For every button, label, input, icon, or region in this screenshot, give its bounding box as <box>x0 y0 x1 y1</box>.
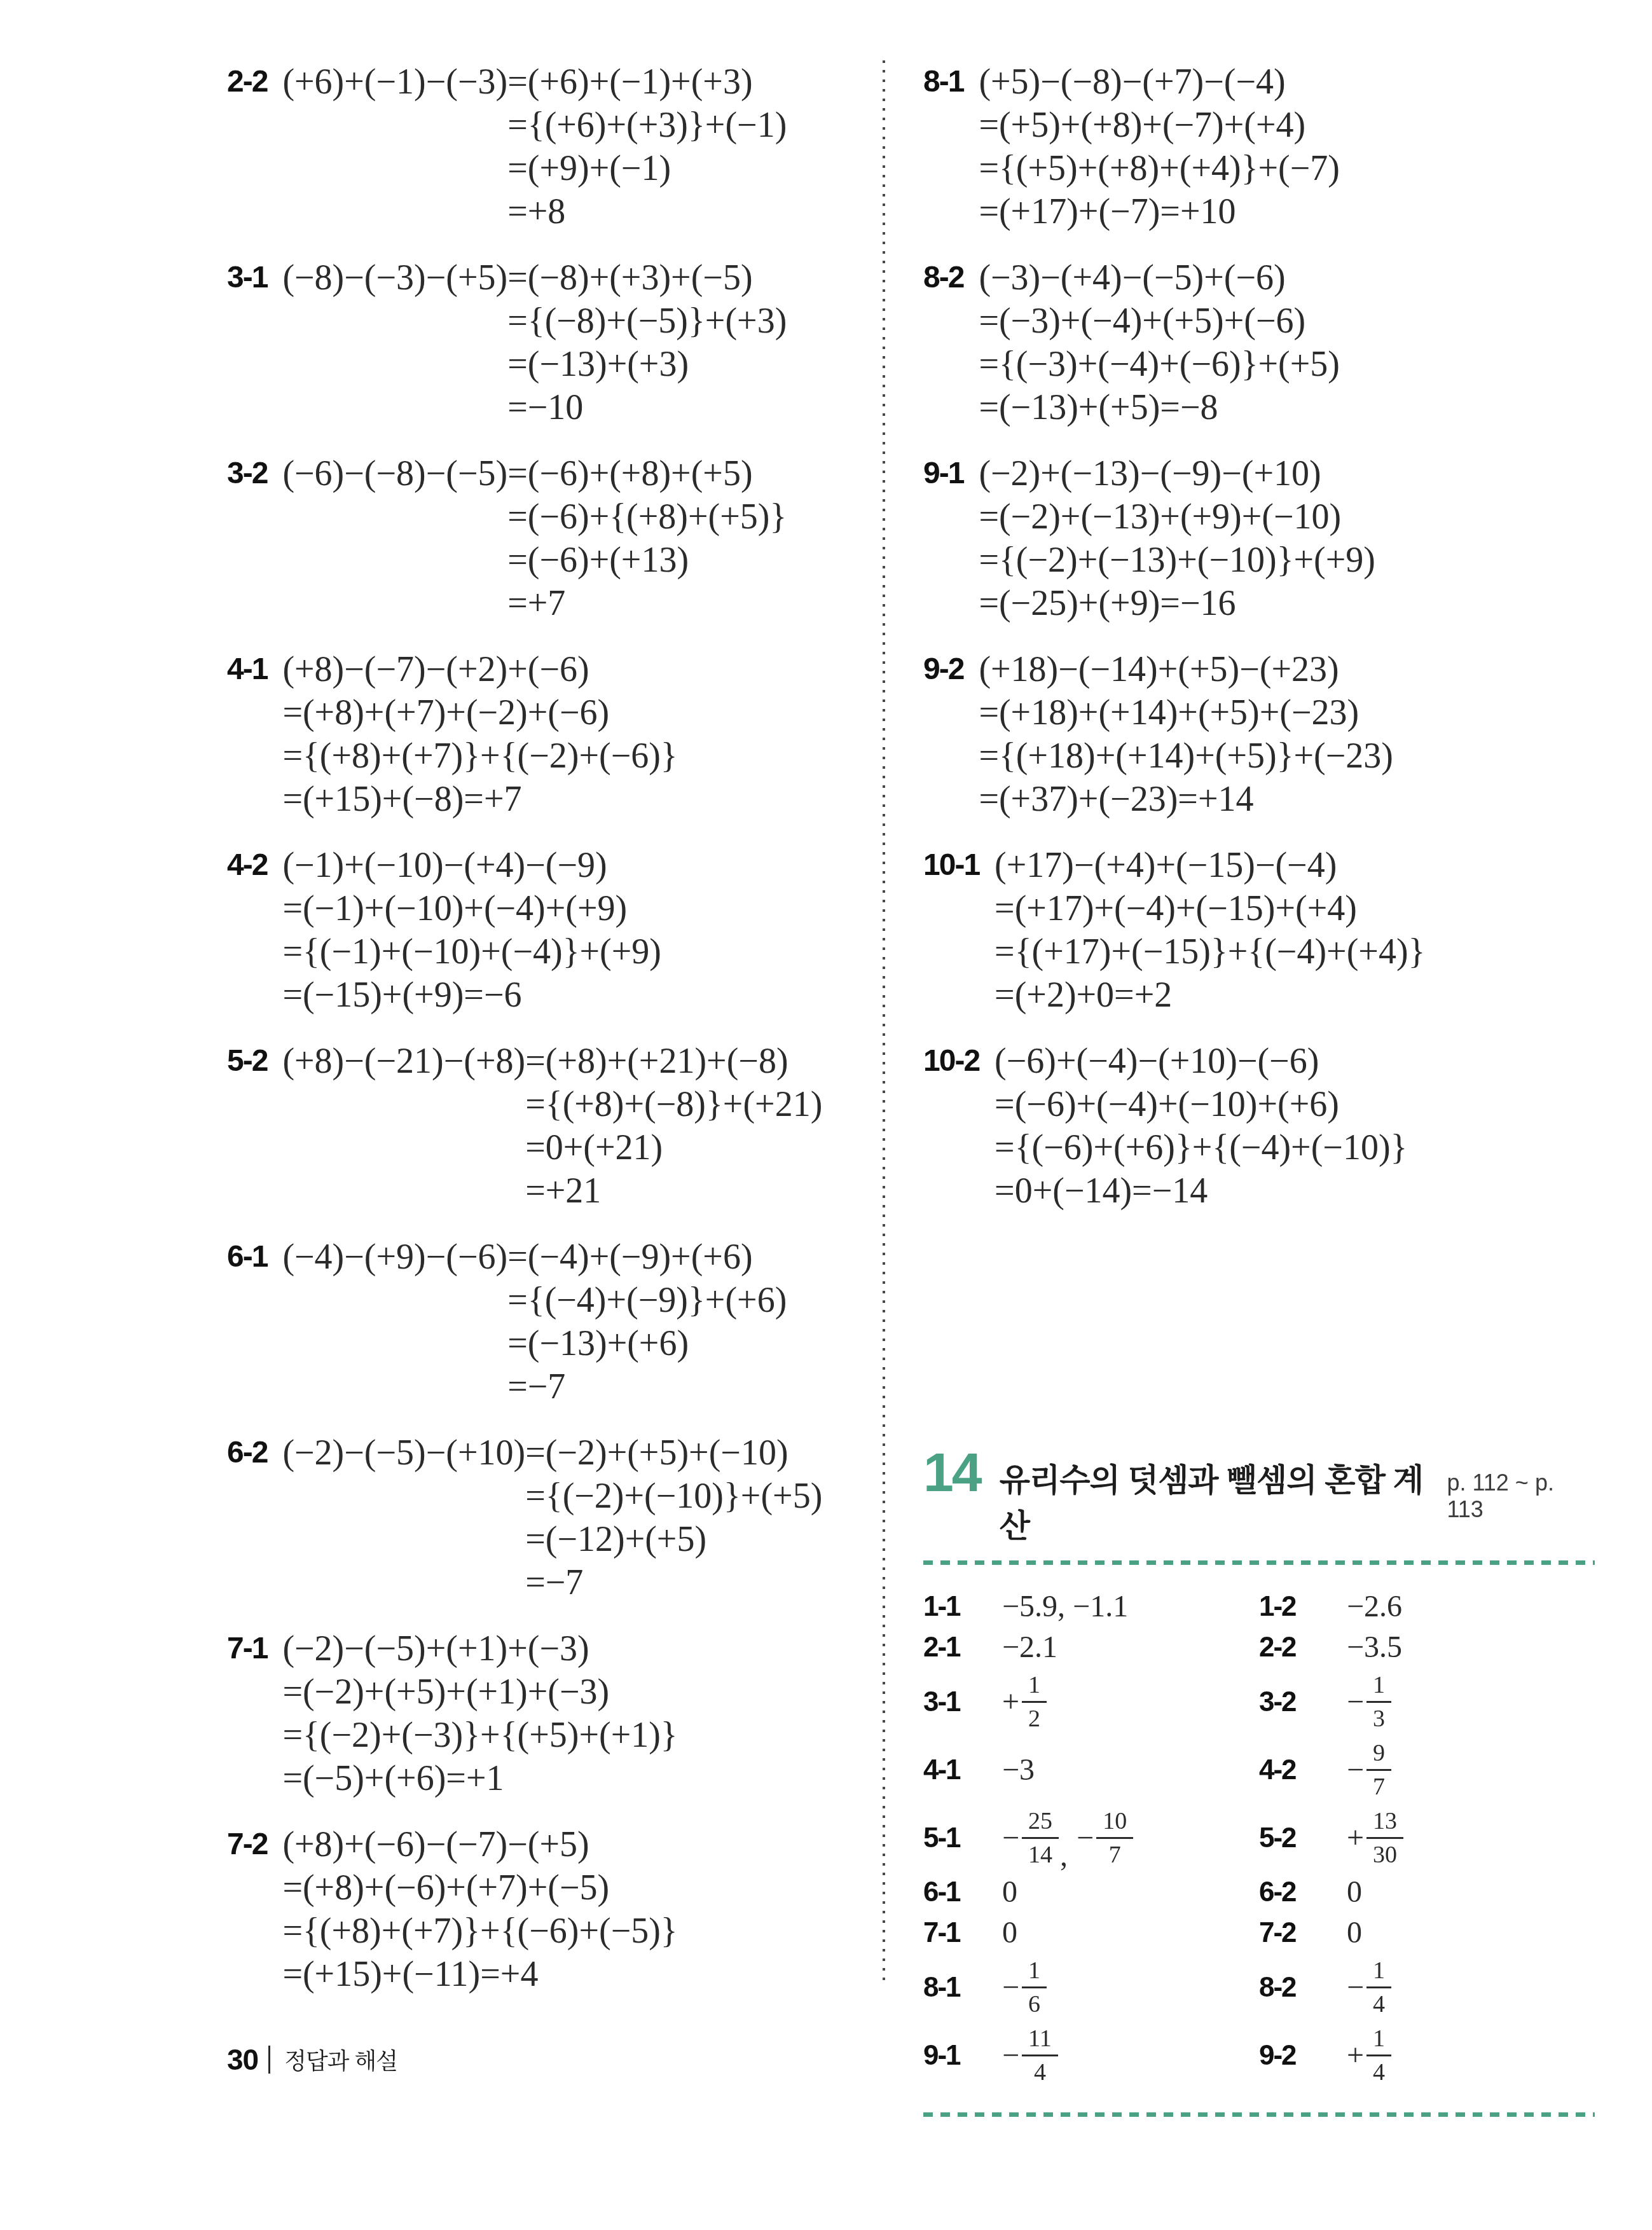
solution-line: (+18)−(−14)+(+5)−(+23) <box>979 648 1595 691</box>
column-divider <box>883 60 885 1987</box>
solution-line: (+17)−(+4)+(−15)−(−4) <box>995 844 1595 887</box>
solution-steps: (−6)+(−4)−(+10)−(−6) =(−6)+(−4)+(−10)+(+… <box>995 1040 1595 1213</box>
solution-line: ={(+8)+(−8)}+(+21) <box>525 1083 863 1126</box>
fraction-stack: 16 <box>1022 1957 1047 2018</box>
answer-value: −114 <box>1002 2025 1255 2086</box>
solution-line: =(+8)+(−6)+(+7)+(−5) <box>282 1866 863 1910</box>
answer-value: −14 <box>1347 1957 1595 2018</box>
answer-value: −2514,−107 <box>1002 1808 1255 1868</box>
fraction-value: +1330 <box>1347 1808 1403 1868</box>
fraction-value: −97 <box>1347 1740 1391 1800</box>
solution-line: =(−5)+(+6)=+1 <box>282 1757 863 1800</box>
solution-line: ={(−3)+(−4)+(−6)}+(+5) <box>979 343 1595 386</box>
solution-line: (−1)+(−10)−(+4)−(−9) <box>282 844 863 887</box>
solution-9-1: 9-1 (−2)+(−13)−(−9)−(+10) =(−2)+(−13)+(+… <box>923 452 1595 625</box>
section-page-range: p. 112 ~ p. 113 <box>1447 1469 1595 1523</box>
fraction-value: −13 <box>1347 1672 1391 1732</box>
answer-label: 1-1 <box>923 1590 998 1623</box>
fraction-stack: 12 <box>1022 1672 1047 1732</box>
solution-steps: (+8)+(−6)−(−7)−(+5) =(+8)+(−6)+(+7)+(−5)… <box>282 1823 863 1996</box>
problem-label: 4-2 <box>227 844 267 887</box>
fraction-value: +12 <box>1002 1672 1047 1732</box>
solution-line: ={(+18)+(+14)+(+5)}+(−23) <box>979 734 1595 778</box>
solution-steps: (−4)−(+9)−(−6)=(−4)+(−9)+(+6) ={(−4)+(−9… <box>282 1235 863 1408</box>
page-number: 30 <box>227 2042 258 2077</box>
fraction-stack: 1330 <box>1366 1808 1403 1868</box>
dashed-rule-top <box>923 1560 1595 1565</box>
fraction-stack: 114 <box>1022 2025 1058 2086</box>
solution-4-2: 4-2 (−1)+(−10)−(+4)−(−9) =(−1)+(−10)+(−4… <box>227 844 863 1017</box>
answer-value: 0 <box>1002 1917 1255 1950</box>
problem-label: 10-2 <box>923 1040 979 1083</box>
solution-line: =(−12)+(+5) <box>525 1518 863 1561</box>
fraction-denominator: 3 <box>1373 1703 1385 1732</box>
solution-line: =(−1)+(−10)+(−4)+(+9) <box>282 887 863 930</box>
solution-line: =(+17)+(−7)=+10 <box>979 190 1595 233</box>
answer-label: 2-2 <box>1259 1631 1343 1664</box>
answer-value: −2.1 <box>1002 1631 1255 1664</box>
fraction-stack: 2514 <box>1022 1808 1059 1868</box>
solution-4-1: 4-1 (+8)−(−7)−(+2)+(−6) =(+8)+(+7)+(−2)+… <box>227 648 863 821</box>
solution-line: =(+18)+(+14)+(+5)+(−23) <box>979 691 1595 734</box>
fraction-numerator: 1 <box>1366 1672 1391 1703</box>
page-footer: 30 정답과 해설 <box>227 2042 397 2077</box>
solution-line: ={(+17)+(−15)}+{(−4)+(+4)} <box>995 930 1595 974</box>
problem-label: 7-2 <box>227 1823 267 1866</box>
solution-line: (+5)−(−8)−(+7)−(−4) <box>979 60 1595 104</box>
solution-line: =0+(−14)=−14 <box>995 1169 1595 1213</box>
fraction-sign: + <box>1002 1686 1019 1719</box>
solution-line: (−6)+(−4)−(+10)−(−6) <box>995 1040 1595 1083</box>
answer-label: 8-1 <box>923 1971 998 2004</box>
fraction-denominator: 7 <box>1373 1771 1385 1800</box>
solution-line: =(−2)+(+5)+(+1)+(−3) <box>282 1670 863 1714</box>
solution-line: ={(+8)+(+7)}+{(−2)+(−6)} <box>282 734 863 778</box>
solution-line: (−3)−(+4)−(−5)+(−6) <box>979 256 1595 299</box>
fraction-value: +14 <box>1347 2025 1391 2086</box>
solution-line: =(+15)+(−11)=+4 <box>282 1953 863 1996</box>
solution-line: =(+5)+(+8)+(−7)+(+4) <box>979 104 1595 147</box>
solution-line: (−2)−(−5)−(+10)=(−2)+(+5)+(−10) <box>282 1431 863 1475</box>
solution-line: =(−13)+(+3) <box>507 343 863 386</box>
solution-8-1: 8-1 (+5)−(−8)−(+7)−(−4) =(+5)+(+8)+(−7)+… <box>923 60 1595 233</box>
solution-line: =(−25)+(+9)=−16 <box>979 582 1595 625</box>
fraction-numerator: 1 <box>1366 1957 1391 1988</box>
solution-line: =(+2)+0=+2 <box>995 974 1595 1017</box>
solution-7-2: 7-2 (+8)+(−6)−(−7)−(+5) =(+8)+(−6)+(+7)+… <box>227 1823 863 1996</box>
solution-line: (−8)−(−3)−(+5)=(−8)+(+3)+(−5) <box>282 256 863 299</box>
solution-line: =+21 <box>525 1169 863 1213</box>
fraction-denominator: 4 <box>1373 2056 1385 2086</box>
problem-label: 8-2 <box>923 256 963 299</box>
solution-line: ={(+5)+(+8)+(+4)}+(−7) <box>979 147 1595 190</box>
solution-steps: (−2)+(−13)−(−9)−(+10) =(−2)+(−13)+(+9)+(… <box>979 452 1595 625</box>
answer-value: 0 <box>1347 1917 1595 1950</box>
left-column: 2-2 (+6)+(−1)−(−3)=(+6)+(−1)+(+3) ={(+6)… <box>227 60 863 1996</box>
fraction-numerator: 10 <box>1096 1808 1133 1839</box>
solution-line: ={(−2)+(−3)}+{(+5)+(+1)} <box>282 1714 863 1757</box>
solution-line: (+8)−(−21)−(+8)=(+8)+(+21)+(−8) <box>282 1040 863 1083</box>
fraction-denominator: 14 <box>1028 1839 1052 1868</box>
solution-steps: (+18)−(−14)+(+5)−(+23) =(+18)+(+14)+(+5)… <box>979 648 1595 821</box>
solution-steps: (−3)−(+4)−(−5)+(−6) =(−3)+(−4)+(+5)+(−6)… <box>979 256 1595 429</box>
solution-line: =−7 <box>525 1561 863 1604</box>
problem-label: 2-2 <box>227 60 267 104</box>
answer-label: 7-1 <box>923 1917 998 1950</box>
answer-label: 2-1 <box>923 1631 998 1664</box>
fraction-numerator: 9 <box>1366 1740 1391 1771</box>
fraction-numerator: 1 <box>1022 1672 1047 1703</box>
solution-line: =(+37)+(−23)=+14 <box>979 778 1595 821</box>
fraction-stack: 97 <box>1366 1740 1391 1800</box>
solution-line: =(+17)+(−4)+(−15)+(+4) <box>995 887 1595 930</box>
fraction-value: −107 <box>1077 1808 1133 1868</box>
fraction-numerator: 25 <box>1022 1808 1059 1839</box>
solution-10-2: 10-2 (−6)+(−4)−(+10)−(−6) =(−6)+(−4)+(−1… <box>923 1040 1595 1213</box>
solution-line: ={(−2)+(−10)}+(+5) <box>525 1475 863 1518</box>
answer-label: 4-1 <box>923 1754 998 1787</box>
solution-steps: (−6)−(−8)−(−5)=(−6)+(+8)+(+5) =(−6)+{(+8… <box>282 452 863 625</box>
problem-label: 10-1 <box>923 844 979 887</box>
fraction-value: −14 <box>1347 1957 1391 2018</box>
answer-label: 6-2 <box>1259 1876 1343 1909</box>
fraction-denominator: 6 <box>1028 1988 1040 2018</box>
fraction-sign: − <box>1077 1822 1094 1855</box>
fraction-denominator: 30 <box>1373 1839 1397 1868</box>
problem-label: 6-1 <box>227 1235 267 1279</box>
solution-line: (+6)+(−1)−(−3)=(+6)+(−1)+(+3) <box>282 60 863 104</box>
problem-label: 3-1 <box>227 256 267 299</box>
solution-line: ={(−4)+(−9)}+(+6) <box>507 1279 863 1322</box>
fraction-value: −16 <box>1002 1957 1047 2018</box>
solution-line: (+8)+(−6)−(−7)−(+5) <box>282 1823 863 1866</box>
solution-line: ={(+6)+(+3)}+(−1) <box>507 104 863 147</box>
fraction-stack: 14 <box>1366 1957 1391 2018</box>
answer-value: −13 <box>1347 1672 1595 1732</box>
solution-line: ={(−8)+(−5)}+(+3) <box>507 299 863 343</box>
answer-label: 1-2 <box>1259 1590 1343 1623</box>
answer-label: 7-2 <box>1259 1917 1343 1950</box>
fraction-sign: − <box>1347 1971 1364 2004</box>
answer-value: −3 <box>1002 1754 1255 1787</box>
solution-line: =(−13)+(+6) <box>507 1322 863 1365</box>
solution-line: =(−13)+(+5)=−8 <box>979 386 1595 429</box>
answer-label: 6-1 <box>923 1876 998 1909</box>
solution-3-2: 3-2 (−6)−(−8)−(−5)=(−6)+(+8)+(+5) =(−6)+… <box>227 452 863 625</box>
solution-7-1: 7-1 (−2)−(−5)+(+1)+(−3) =(−2)+(+5)+(+1)+… <box>227 1627 863 1800</box>
fraction-sign: − <box>1002 1822 1019 1855</box>
fraction-sign: − <box>1002 1971 1019 2004</box>
section-title: 유리수의 덧셈과 뺄셈의 혼합 계산 <box>1000 1455 1447 1546</box>
solution-6-1: 6-1 (−4)−(+9)−(−6)=(−4)+(−9)+(+6) ={(−4)… <box>227 1235 863 1408</box>
solution-line: ={(+8)+(+7)}+{(−6)+(−5)} <box>282 1910 863 1953</box>
solution-line: ={(−1)+(−10)+(−4)}+(+9) <box>282 930 863 974</box>
answer-value: +1330 <box>1347 1808 1595 1868</box>
answer-label: 9-1 <box>923 2039 998 2072</box>
solution-line: (−4)−(+9)−(−6)=(−4)+(−9)+(+6) <box>282 1235 863 1279</box>
problem-label: 3-2 <box>227 452 267 495</box>
answer-label: 3-2 <box>1259 1686 1343 1719</box>
solution-line: ={(−6)+(+6)}+{(−4)+(−10)} <box>995 1126 1595 1169</box>
problem-label: 6-2 <box>227 1431 267 1475</box>
solution-line: =−7 <box>507 1365 863 1408</box>
fraction-sign: + <box>1347 1822 1364 1855</box>
solution-steps: (+8)−(−21)−(+8)=(+8)+(+21)+(−8) ={(+8)+(… <box>282 1040 863 1213</box>
fraction-denominator: 2 <box>1028 1703 1040 1732</box>
fraction-sign: − <box>1347 1686 1364 1719</box>
answer-value: −2.6 <box>1347 1590 1595 1623</box>
fraction-stack: 14 <box>1366 2025 1391 2086</box>
solution-line: =(−3)+(−4)+(+5)+(−6) <box>979 299 1595 343</box>
solution-line: (−6)−(−8)−(−5)=(−6)+(+8)+(+5) <box>282 452 863 495</box>
fraction-stack: 13 <box>1366 1672 1391 1732</box>
answer-value: +14 <box>1347 2025 1595 2086</box>
problem-label: 5-2 <box>227 1040 267 1083</box>
solution-line: =(−6)+(−4)+(−10)+(+6) <box>995 1083 1595 1126</box>
solution-line: (−2)−(−5)+(+1)+(−3) <box>282 1627 863 1670</box>
solution-line: =+8 <box>507 190 863 233</box>
solution-line: =(+8)+(+7)+(−2)+(−6) <box>282 691 863 734</box>
answer-label: 4-2 <box>1259 1754 1343 1787</box>
fraction-denominator: 7 <box>1109 1839 1121 1868</box>
answer-page: 2-2 (+6)+(−1)−(−3)=(+6)+(−1)+(+3) ={(+6)… <box>0 0 1652 2230</box>
solution-line: =(+9)+(−1) <box>507 147 863 190</box>
answer-label: 3-1 <box>923 1686 998 1719</box>
solution-steps: (−2)−(−5)−(+10)=(−2)+(+5)+(−10) ={(−2)+(… <box>282 1431 863 1604</box>
solution-9-2: 9-2 (+18)−(−14)+(+5)−(+23) =(+18)+(+14)+… <box>923 648 1595 821</box>
answer-value: −97 <box>1347 1740 1595 1800</box>
solution-line: =+7 <box>507 582 863 625</box>
fraction-stack: 107 <box>1096 1808 1133 1868</box>
footer-label: 정답과 해설 <box>284 2044 397 2076</box>
solution-steps: (+6)+(−1)−(−3)=(+6)+(−1)+(+3) ={(+6)+(+3… <box>282 60 863 233</box>
solution-5-2: 5-2 (+8)−(−21)−(+8)=(+8)+(+21)+(−8) ={(+… <box>227 1040 863 1213</box>
solution-steps: (+8)−(−7)−(+2)+(−6) =(+8)+(+7)+(−2)+(−6)… <box>282 648 863 821</box>
solution-8-2: 8-2 (−3)−(+4)−(−5)+(−6) =(−3)+(−4)+(+5)+… <box>923 256 1595 429</box>
fraction-sign: + <box>1347 2039 1364 2072</box>
fraction-denominator: 4 <box>1373 1988 1385 2018</box>
solution-steps: (+17)−(+4)+(−15)−(−4) =(+17)+(−4)+(−15)+… <box>995 844 1595 1017</box>
solution-6-2: 6-2 (−2)−(−5)−(+10)=(−2)+(+5)+(−10) ={(−… <box>227 1431 863 1604</box>
solution-steps: (+5)−(−8)−(+7)−(−4) =(+5)+(+8)+(−7)+(+4)… <box>979 60 1595 233</box>
fraction-denominator: 4 <box>1034 2056 1046 2086</box>
solution-line: (+8)−(−7)−(+2)+(−6) <box>282 648 863 691</box>
fraction-numerator: 13 <box>1366 1808 1403 1839</box>
solution-line: =(+15)+(−8)=+7 <box>282 778 863 821</box>
answer-value: +12 <box>1002 1672 1255 1732</box>
answer-label: 5-1 <box>923 1822 998 1855</box>
answer-value: −16 <box>1002 1957 1255 2018</box>
problem-label: 7-1 <box>227 1627 267 1670</box>
answer-label: 9-2 <box>1259 2039 1343 2072</box>
solution-line: =(−2)+(−13)+(+9)+(−10) <box>979 495 1595 539</box>
problem-label: 4-1 <box>227 648 267 691</box>
list-comma: , <box>1060 1840 1068 1873</box>
fraction-numerator: 11 <box>1022 2025 1058 2056</box>
problem-label: 9-2 <box>923 648 963 691</box>
solution-line: =0+(+21) <box>525 1126 863 1169</box>
answer-label: 5-2 <box>1259 1822 1343 1855</box>
fraction-numerator: 1 <box>1022 1957 1047 1988</box>
fraction-value: −2514 <box>1002 1808 1059 1868</box>
answer-grid: 1-1 −5.9, −1.1 1-2 −2.6 2-1 −2.1 2-2 −3.… <box>923 1590 1595 2086</box>
answer-value: 0 <box>1002 1876 1255 1909</box>
answer-label: 8-2 <box>1259 1971 1343 2004</box>
solution-steps: (−8)−(−3)−(+5)=(−8)+(+3)+(−5) ={(−8)+(−5… <box>282 256 863 429</box>
fraction-sign: − <box>1002 2039 1019 2072</box>
answer-value: 0 <box>1347 1876 1595 1909</box>
answer-value: −5.9, −1.1 <box>1002 1590 1255 1623</box>
solution-line: =(−15)+(+9)=−6 <box>282 974 863 1017</box>
section-number: 14 <box>923 1445 981 1500</box>
section-header: 14 유리수의 덧셈과 뺄셈의 혼합 계산 p. 112 ~ p. 113 <box>923 1445 1595 1546</box>
section-14: 14 유리수의 덧셈과 뺄셈의 혼합 계산 p. 112 ~ p. 113 1-… <box>923 1445 1595 2117</box>
solution-line: (−2)+(−13)−(−9)−(+10) <box>979 452 1595 495</box>
solution-10-1: 10-1 (+17)−(+4)+(−15)−(−4) =(+17)+(−4)+(… <box>923 844 1595 1017</box>
solution-steps: (−1)+(−10)−(+4)−(−9) =(−1)+(−10)+(−4)+(+… <box>282 844 863 1017</box>
right-column: 8-1 (+5)−(−8)−(+7)−(−4) =(+5)+(+8)+(−7)+… <box>923 60 1595 2117</box>
solution-3-1: 3-1 (−8)−(−3)−(+5)=(−8)+(+3)+(−5) ={(−8)… <box>227 256 863 429</box>
solution-line: ={(−2)+(−13)+(−10)}+(+9) <box>979 539 1595 582</box>
solution-2-2: 2-2 (+6)+(−1)−(−3)=(+6)+(−1)+(+3) ={(+6)… <box>227 60 863 233</box>
problem-label: 9-1 <box>923 452 963 495</box>
answer-value: −3.5 <box>1347 1631 1595 1664</box>
footer-divider-bar <box>268 2046 270 2074</box>
fraction-numerator: 1 <box>1366 2025 1391 2056</box>
solution-line: =(−6)+{(+8)+(+5)} <box>507 495 863 539</box>
fraction-value: −114 <box>1002 2025 1058 2086</box>
fraction-sign: − <box>1347 1754 1364 1787</box>
problem-label: 8-1 <box>923 60 963 104</box>
dashed-rule-bottom <box>923 2112 1595 2117</box>
solution-line: =−10 <box>507 386 863 429</box>
solution-steps: (−2)−(−5)+(+1)+(−3) =(−2)+(+5)+(+1)+(−3)… <box>282 1627 863 1800</box>
solution-line: =(−6)+(+13) <box>507 539 863 582</box>
